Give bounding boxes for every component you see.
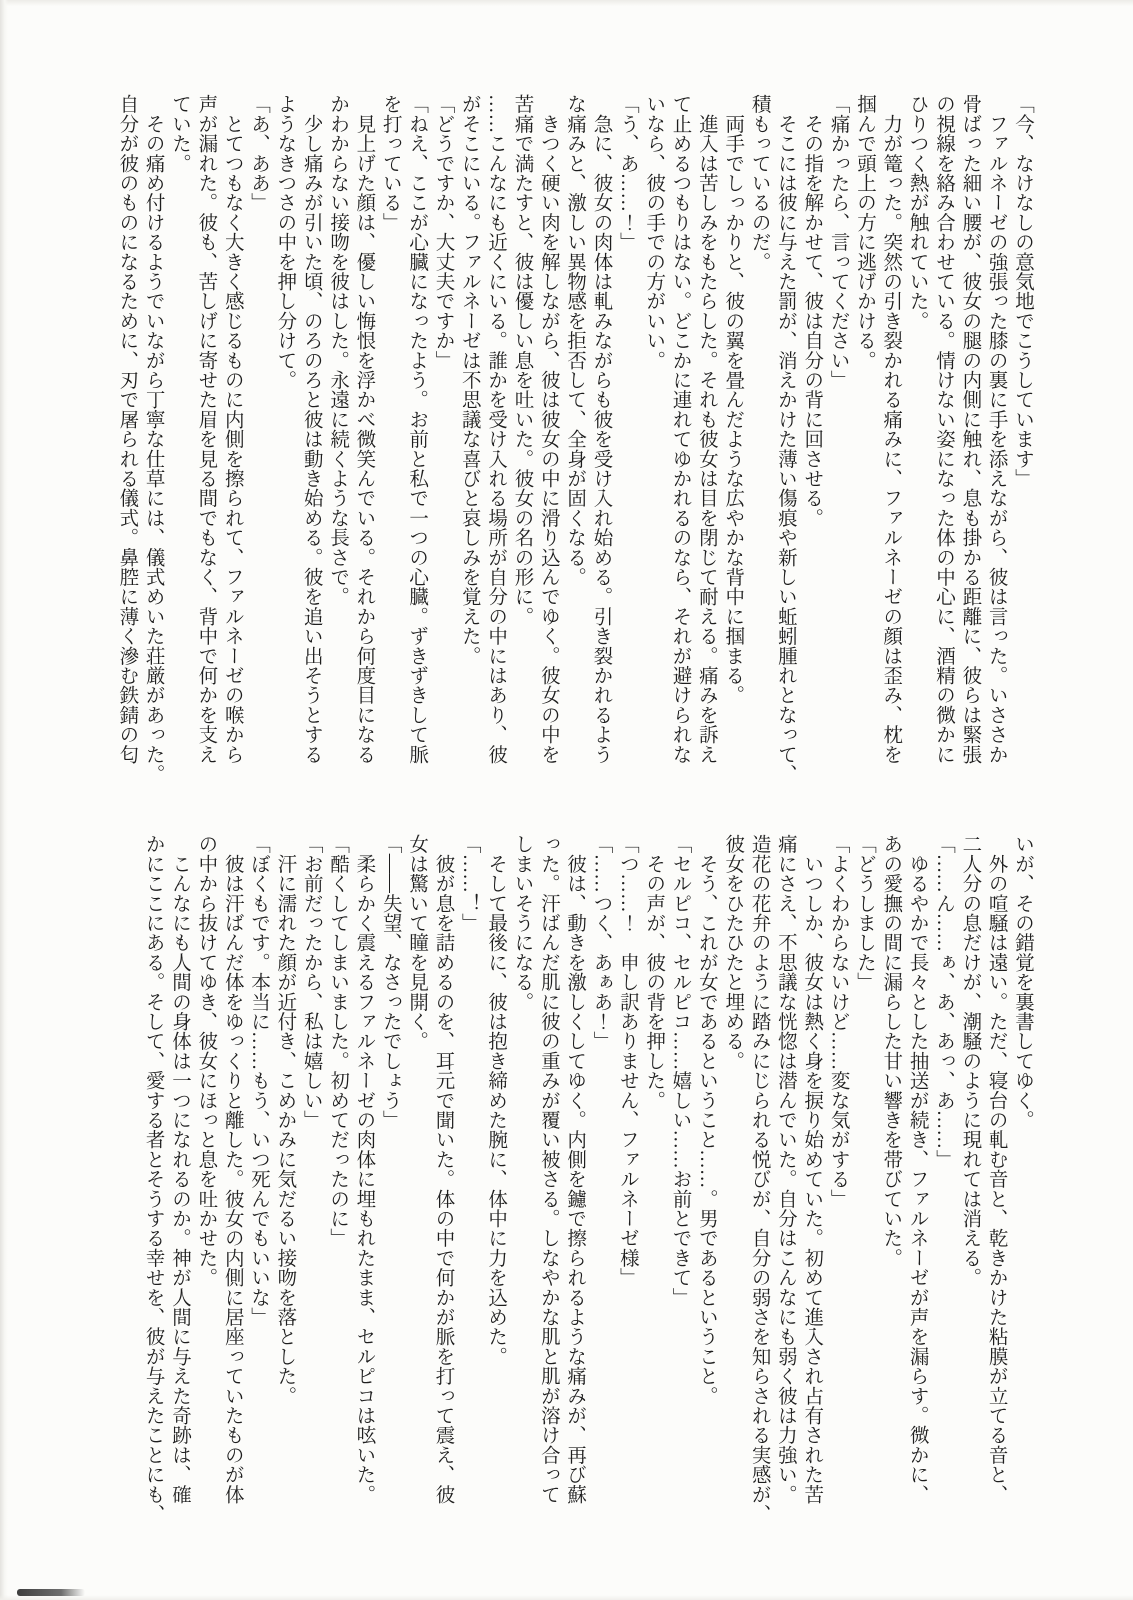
text-column: ゆるやかで長々とした抽送が続き、ファルネーゼが声を漏らす。微かに、 xyxy=(903,834,929,1550)
text-column: その痛め付けるようでいながら丁寧な仕草には、儀式めいた荘厳があった。 xyxy=(139,94,165,810)
text-column: かにここにある。そして、愛する者とそうする幸せを、彼が与えたことにも、 xyxy=(139,834,165,1550)
text-column: を打っている」 xyxy=(376,94,402,810)
text-column: 掴んで頭上の方に逃げかける。 xyxy=(851,94,877,810)
text-column: ひりつく熱が触れていた。 xyxy=(903,94,929,810)
text-column: 自分が彼のものになるために、刃で屠られる儀式。鼻腔に薄く滲む鉄錆の匂 xyxy=(113,94,139,810)
text-column: 「セルピコ、セルピコ……嬉しい……お前とできて」 xyxy=(666,834,692,1550)
text-column: 「う、あ……！」 xyxy=(614,94,640,810)
text-column: 進入は苦しみをもたらした。それも彼女は目を閉じて耐える。痛みを訴え xyxy=(693,94,719,810)
text-column: 少し痛みが引いた頃、のろのろと彼は動き始める。彼を追い出そうとする xyxy=(297,94,323,810)
text-column: 「――失望、なさったでしょう」 xyxy=(376,834,402,1550)
scan-edge-bottom xyxy=(0,1595,1133,1600)
text-column: 二人分の息だけが、潮騒のように現れては消える。 xyxy=(956,834,982,1550)
text-column: 苦痛で満たすと、彼は優しい息を吐いた。彼女の名の形に。 xyxy=(508,94,534,810)
text-column: がそこにいる。ファルネーゼは不思議な喜びと哀しみを覚えた。 xyxy=(455,94,481,810)
text-column: かわからない接吻を彼はした。永遠に続くような長さで。 xyxy=(324,94,350,810)
text-column: 「どうしました」 xyxy=(851,834,877,1550)
text-column: 「酷くしてしまいました。初めてだったのに」 xyxy=(324,834,350,1550)
text-column: 造花の花弁のように踏みにじられる悦びが、自分の弱さを知らされる実感が、 xyxy=(745,834,771,1550)
text-column: 見上げた顔は、優しい悔恨を浮かべ微笑んでいる。それから何度目になる xyxy=(350,94,376,810)
text-column: な痛みと、激しい異物感を拒否して、全身が固くなる。 xyxy=(561,94,587,810)
text-column: 汗に濡れた顔が近付き、こめかみに気だるい接吻を落とした。 xyxy=(271,834,297,1550)
text-column: 彼が息を詰めるのを、耳元で聞いた。体の中で何かが脈を打って震え、彼 xyxy=(429,834,455,1550)
text-column: ていた。 xyxy=(166,94,192,810)
text-column: 「……つく、あぁあ！」 xyxy=(587,834,613,1550)
text-column: いが、その錯覚を裏書してゆく。 xyxy=(1009,834,1035,1550)
text-column: 声が漏れた。彼も、苦しげに寄せた眉を見る間でもなく、背中で何かを支え xyxy=(192,94,218,810)
text-column: ようなきつさの中を押し分けて。 xyxy=(271,94,297,810)
scan-edge-top xyxy=(0,0,1133,6)
text-column: そこには彼に与えた罰が、消えかけた薄い傷痕や新しい蚯蚓腫れとなって、 xyxy=(772,94,798,810)
text-column: 「どうですか、大丈夫ですか」 xyxy=(429,94,455,810)
text-block-top: 「今、なけなしの意気地でこうしています」 ファルネーゼの強張った膝の裏に手を添え… xyxy=(112,94,1035,810)
text-column: 「ぼくもです。本当に……もう、いつ死んでもいいな」 xyxy=(245,834,271,1550)
text-column: 「今、なけなしの意気地でこうしています」 xyxy=(1009,94,1035,810)
text-column: て止めるつもりはない。どこかに連れてゆかれるのなら、それが避けられな xyxy=(666,94,692,810)
text-column: しまいそうになる。 xyxy=(508,834,534,1550)
scan-edge-left xyxy=(0,0,8,1600)
text-column: 両手でしっかりと、彼の翼を畳んだような広やかな背中に掴まる。 xyxy=(719,94,745,810)
text-column: その声が、彼の背を押した。 xyxy=(640,834,666,1550)
text-column: いつしか、彼女は熱く身を捩り始めていた。初めて進入され占有された苦 xyxy=(798,834,824,1550)
text-column: の視線を絡み合わせている。情けない姿になった体の中心に、酒精の微かに xyxy=(930,94,956,810)
text-column: 彼は、動きを激しくしてゆく。内側を鑢で擦られるような痛みが、再び蘇 xyxy=(561,834,587,1550)
text-column: 力が篭った。突然の引き裂かれる痛みに、ファルネーゼの顔は歪み、枕を xyxy=(877,94,903,810)
text-column: 急に、彼女の肉体は軋みながらも彼を受け入れ始める。引き裂かれるよう xyxy=(587,94,613,810)
text-block-bottom: いが、その錯覚を裏書してゆく。 外の喧騒は遠い。ただ、寝台の軋む音と、乾きかけた… xyxy=(138,834,1035,1550)
text-column: 「……ん……ぁ、あ、あっ、あ……」 xyxy=(930,834,956,1550)
text-column: ファルネーゼの強張った膝の裏に手を添えながら、彼は言った。いささか xyxy=(982,94,1008,810)
scanned-page: 「今、なけなしの意気地でこうしています」 ファルネーゼの強張った膝の裏に手を添え… xyxy=(0,0,1133,1600)
text-column: 骨ばった細い腰が、彼女の腿の内側に触れ、息も掛かる距離に、彼らは緊張 xyxy=(956,94,982,810)
text-column: あの愛撫の間に漏らした甘い響きを帯びていた。 xyxy=(877,834,903,1550)
text-column: 「よくわからないけど……変な気がする」 xyxy=(824,834,850,1550)
text-column: いなら、彼の手での方がいい。 xyxy=(640,94,666,810)
text-column: 彼女をひたひたと埋める。 xyxy=(719,834,745,1550)
text-column: きつく硬い肉を解しながら、彼は彼女の中に滑り込んでゆく。彼女の中を xyxy=(534,94,560,810)
text-column: 「ねえ、ここが心臓になったよう。お前と私で一つの心臓。ずきずきして脈 xyxy=(403,94,429,810)
scan-artifact-line xyxy=(17,1589,85,1596)
text-column: 積もっているのだ。 xyxy=(745,94,771,810)
text-column: 外の喧騒は遠い。ただ、寝台の軋む音と、乾きかけた粘膜が立てる音と、 xyxy=(982,834,1008,1550)
text-column: 柔らかく震えるファルネーゼの肉体に埋もれたまま、セルピコは呟いた。 xyxy=(350,834,376,1550)
text-column: った。汗ばんだ肌に彼の重みが覆い被さる。しなやかな肌と肌が溶け合って xyxy=(534,834,560,1550)
text-column: そう、これが女であるということ……。男であるということ。 xyxy=(693,834,719,1550)
text-column: の中から抜けてゆき、彼女にほっと息を吐かせた。 xyxy=(192,834,218,1550)
text-column: こんなにも人間の身体は一つになれるのか。神が人間に与えた奇跡は、確 xyxy=(166,834,192,1550)
text-column: 「あ、ああ」 xyxy=(245,94,271,810)
text-column: 女は驚いて瞳を見開く。 xyxy=(403,834,429,1550)
text-column: 「お前だったから、私は嬉しい」 xyxy=(297,834,323,1550)
text-column: そして最後に、彼は抱き締めた腕に、体中に力を込めた。 xyxy=(482,834,508,1550)
text-column: ……こんなにも近くにいる。誰かを受け入れる場所が自分の中にはあり、彼 xyxy=(482,94,508,810)
text-column: 「痛かったら、言ってください」 xyxy=(824,94,850,810)
text-column: 「……！」 xyxy=(455,834,481,1550)
text-column: 痛にさえ、不思議な恍惚は潜んでいた。自分はこんなにも弱く彼は力強い。 xyxy=(772,834,798,1550)
text-column: その指を解かせて、彼は自分の背に回させる。 xyxy=(798,94,824,810)
text-column: とてつもなく大きく感じるものに内側を擦られて、ファルネーゼの喉から xyxy=(218,94,244,810)
text-column: 「つ……！ 申し訳ありません、ファルネーゼ様」 xyxy=(614,834,640,1550)
text-column: 彼は汗ばんだ体をゆっくりと離した。彼女の内側に居座っていたものが体 xyxy=(218,834,244,1550)
